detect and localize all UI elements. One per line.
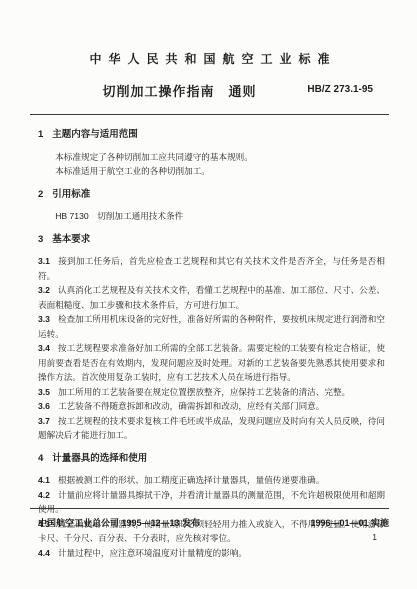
clause-text: 按工艺规程的技术要求复核工件毛坯或半成品，发现问题应及时向有关人员反映，待问题解…	[38, 416, 385, 441]
section-number: 3	[38, 234, 43, 245]
paragraph: 本标准适用于航空工业的各种切削加工。	[38, 164, 385, 179]
clause-number: 4.4	[38, 548, 50, 558]
section-number: 2	[38, 189, 43, 200]
section-heading-1: 1主题内容与适用范围	[38, 128, 385, 143]
clause-number: 4.1	[38, 475, 50, 485]
clause-number: 3.5	[38, 387, 50, 397]
document-body: 1主题内容与适用范围 本标准规定了各种切削加工应共同遵守的基本规则。 本标准适用…	[0, 115, 417, 560]
document-page: 中华人民共和国航空工业标准 切削加工操作指南 通则 HB/Z 273.1-95 …	[0, 0, 417, 589]
clause-number: 3.6	[38, 401, 50, 411]
clause-text: 工艺装备不得随意拆卸和改动，确需拆卸和改动，应经有关部门同意。	[58, 401, 324, 411]
clause-3-6: 3.6工艺装备不得随意拆卸和改动，确需拆卸和改动，应经有关部门同意。	[38, 399, 385, 414]
section-title: 主题内容与适用范围	[52, 129, 138, 140]
page-number: 1	[30, 532, 389, 542]
paragraph: 本标准规定了各种切削加工应共同遵守的基本规则。	[38, 150, 385, 165]
document-header: 中华人民共和国航空工业标准 切削加工操作指南 通则 HB/Z 273.1-95	[0, 0, 417, 115]
clause-4-1: 4.1根据被测工件的形状、加工精度正确选择计量器具，量值传递要准确。	[38, 473, 385, 488]
clause-3-2: 3.2认真消化工艺规程及有关技术文件，看懂工艺规程中的基准、加工部位、尺寸、公差…	[38, 283, 385, 312]
clause-text: 接到加工任务后，首先应检查工艺规程和其它有关技术文件是否齐全，与任务是否相符。	[38, 256, 385, 281]
section-title: 引用标准	[52, 189, 90, 200]
clause-text: 计量过程中，应注意环境温度对计量精度的影响。	[58, 548, 247, 558]
clause-text: 加工所用的工艺装备要在规定位置摆放整齐，应保持工艺装备的清洁、完整。	[58, 387, 350, 397]
clause-number: 4.2	[38, 490, 50, 500]
section-heading-3: 3基本要求	[38, 233, 385, 248]
clause-text: 按工艺规程要求准备好加工所需的全部工艺装备。需要定检的工装要有检定合格证，使用前…	[38, 343, 385, 382]
clause-3-1: 3.1接到加工任务后，首先应检查工艺规程和其它有关技术文件是否齐全，与任务是否相…	[38, 254, 385, 283]
document-title: 切削加工操作指南 通则	[30, 81, 329, 100]
section-heading-2: 2引用标准	[38, 188, 385, 203]
issue-statement: 中国航空工业总公司 1995—12—13 发布	[38, 516, 200, 529]
section-heading-4: 4计量器具的选择和使用	[38, 452, 385, 467]
clause-3-7: 3.7按工艺规程的技术要求复核工件毛坯或半成品，发现问题应及时向有关人员反映，待…	[38, 414, 385, 443]
clause-number: 3.4	[38, 343, 50, 353]
standard-number: HB/Z 273.1-95	[307, 84, 373, 95]
section-title: 计量器具的选择和使用	[52, 453, 147, 464]
footer-row: 中国航空工业总公司 1995—12—13 发布 1996—01—01 实施	[30, 516, 389, 529]
document-footer: 中国航空工业总公司 1995—12—13 发布 1996—01—01 实施 1	[30, 508, 389, 542]
clause-number: 3.3	[38, 314, 50, 324]
section-number: 4	[38, 453, 43, 464]
clause-text: 检查加工所用机床设备的完好性，准备好所需的各种附件，要按机床规定进行润滑和空运转…	[38, 314, 385, 339]
section-title: 基本要求	[52, 234, 90, 245]
clause-number: 3.1	[38, 256, 50, 266]
referenced-standard: HB 7130 切削加工通用技术条件	[38, 209, 385, 224]
section-number: 1	[38, 129, 43, 140]
footer-rule	[30, 508, 389, 509]
title-row: 切削加工操作指南 通则 HB/Z 273.1-95	[30, 81, 389, 99]
implement-statement: 1996—01—01 实施	[310, 516, 389, 529]
clause-4-4: 4.4计量过程中，应注意环境温度对计量精度的影响。	[38, 546, 385, 561]
standard-org-title: 中华人民共和国航空工业标准	[30, 50, 389, 67]
clause-3-4: 3.4按工艺规程要求准备好加工所需的全部工艺装备。需要定检的工装要有检定合格证，…	[38, 341, 385, 385]
clause-number: 3.7	[38, 416, 50, 426]
clause-text: 认真消化工艺规程及有关技术文件，看懂工艺规程中的基准、加工部位、尺寸、公差、表面…	[38, 285, 385, 310]
clause-3-5: 3.5加工所用的工艺装备要在规定位置摆放整齐，应保持工艺装备的清洁、完整。	[38, 385, 385, 400]
clause-3-3: 3.3检查加工所用机床设备的完好性，准备好所需的各种附件，要按机床规定进行润滑和…	[38, 312, 385, 341]
clause-text: 根据被测工件的形状、加工精度正确选择计量器具，量值传递要准确。	[58, 475, 324, 485]
clause-number: 3.2	[38, 285, 50, 295]
